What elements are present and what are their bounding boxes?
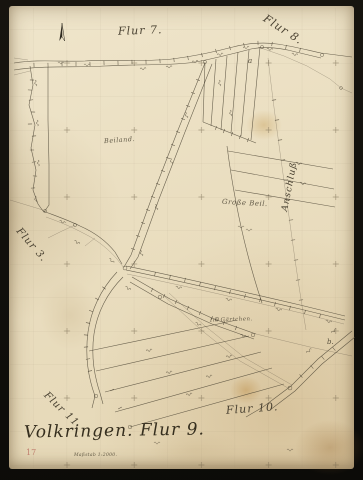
neighbor-sheet-label-top: Flur 7. [118, 23, 163, 38]
map-scan: .ink{fill:none;stroke:#4a4232;stroke-wid… [0, 0, 363, 480]
survey-point-letter-a: a [248, 57, 252, 65]
sheet-title: Volkringen. Flur 9. [24, 419, 205, 442]
red-margin-number: 17 [26, 448, 36, 457]
survey-point-letter-b: b. [327, 338, 334, 346]
scale-note: Maßstab 1:2000. [74, 453, 117, 458]
grid-crosses [10, 8, 353, 468]
